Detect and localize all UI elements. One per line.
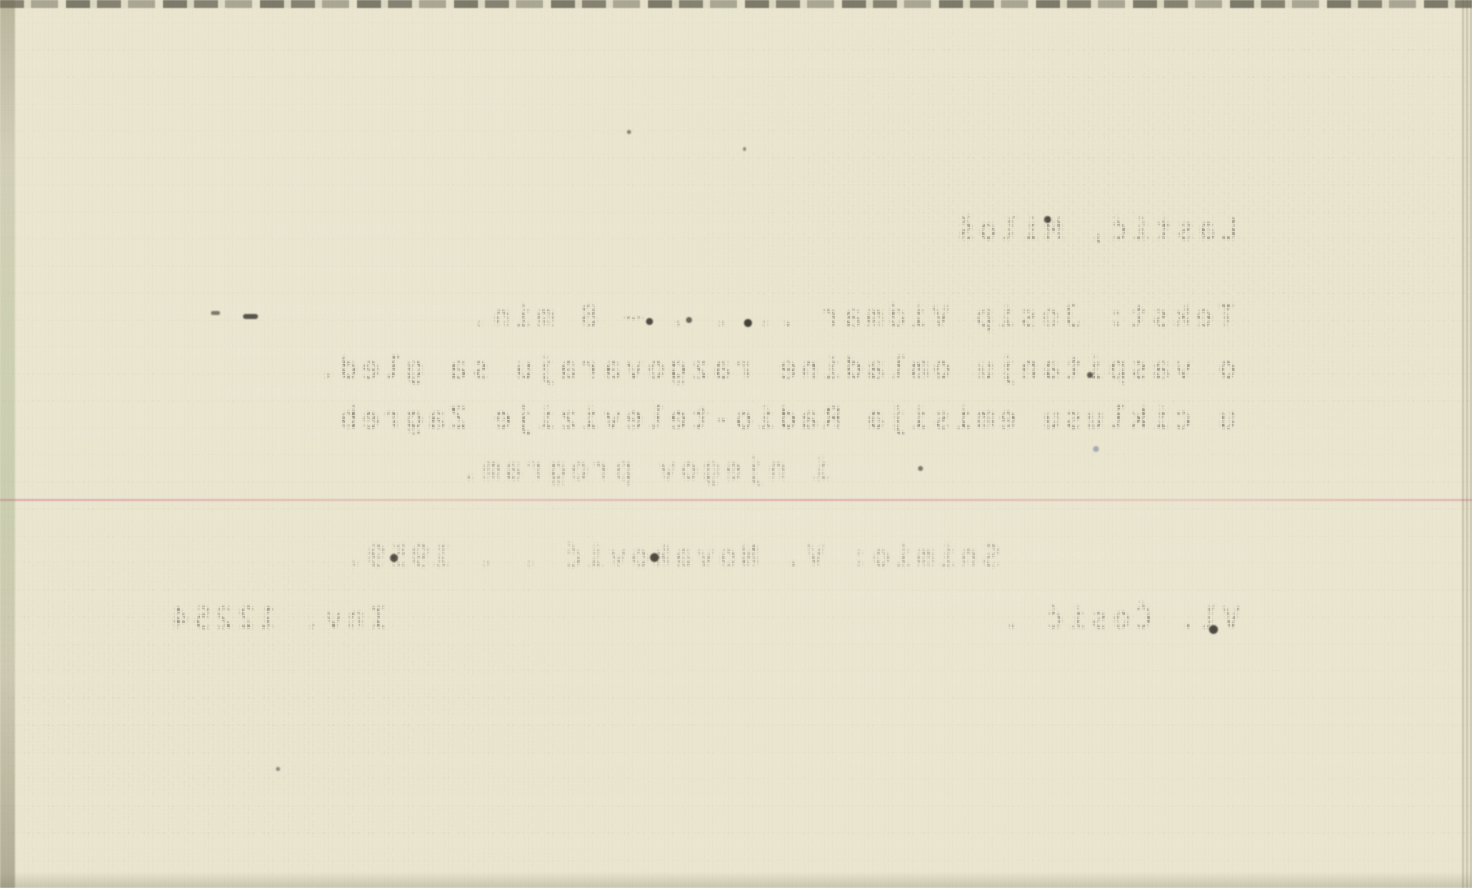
typewritten-line-inventory: Vl. Ćosić . Inv. 12254 <box>167 601 1240 635</box>
ink-speck <box>390 554 398 562</box>
ink-speck <box>918 466 923 471</box>
ink-speck <box>276 767 280 771</box>
ink-speck <box>744 319 752 327</box>
ink-speck <box>627 130 631 134</box>
ink-speck <box>743 147 746 151</box>
inventory-left-segment: Vl. Ćosić . <box>998 601 1240 635</box>
scan-edge-bottom <box>0 872 1472 888</box>
typewritten-line-4: u ciklusu emisija Radio-televizije Zagre… <box>230 401 1236 435</box>
ink-speck <box>243 314 258 319</box>
scan-edge-top <box>0 0 1472 8</box>
typewritten-line-2: Tekst: Josip Vidmar .. . . — 8 min. <box>330 299 1235 333</box>
ink-speck <box>1044 216 1051 223</box>
typewritten-line-5: i njegov program. <box>430 452 830 486</box>
ink-speck <box>1209 625 1218 634</box>
ink-erosion-overlay <box>0 0 1472 888</box>
ink-speck-blue <box>1093 446 1099 452</box>
typewritten-line-3: o vaspitanju omladine razgovaraju sa gle… <box>268 351 1236 385</box>
scan-edge-right <box>1462 0 1472 888</box>
paper-texture <box>0 0 1472 888</box>
ink-speck <box>211 311 220 315</box>
inventory-right-segment: Inv. 12254 <box>167 601 387 635</box>
typewritten-line-6: Snimio: V. Novaković . . 1959. <box>380 539 1000 573</box>
scanned-card: Lastić, Miloš Tekst: Josip Vidmar .. . .… <box>0 0 1472 888</box>
ink-speck <box>650 553 659 562</box>
ink-speck <box>646 318 653 325</box>
ink-erosion-overlay-diagonal <box>0 0 1472 888</box>
typewritten-line-author: Lastić, Miloš <box>920 212 1238 246</box>
pink-guide-line <box>0 499 1472 501</box>
scan-edge-left <box>0 0 15 888</box>
ink-speck <box>1087 372 1093 378</box>
ink-speck <box>686 317 692 323</box>
